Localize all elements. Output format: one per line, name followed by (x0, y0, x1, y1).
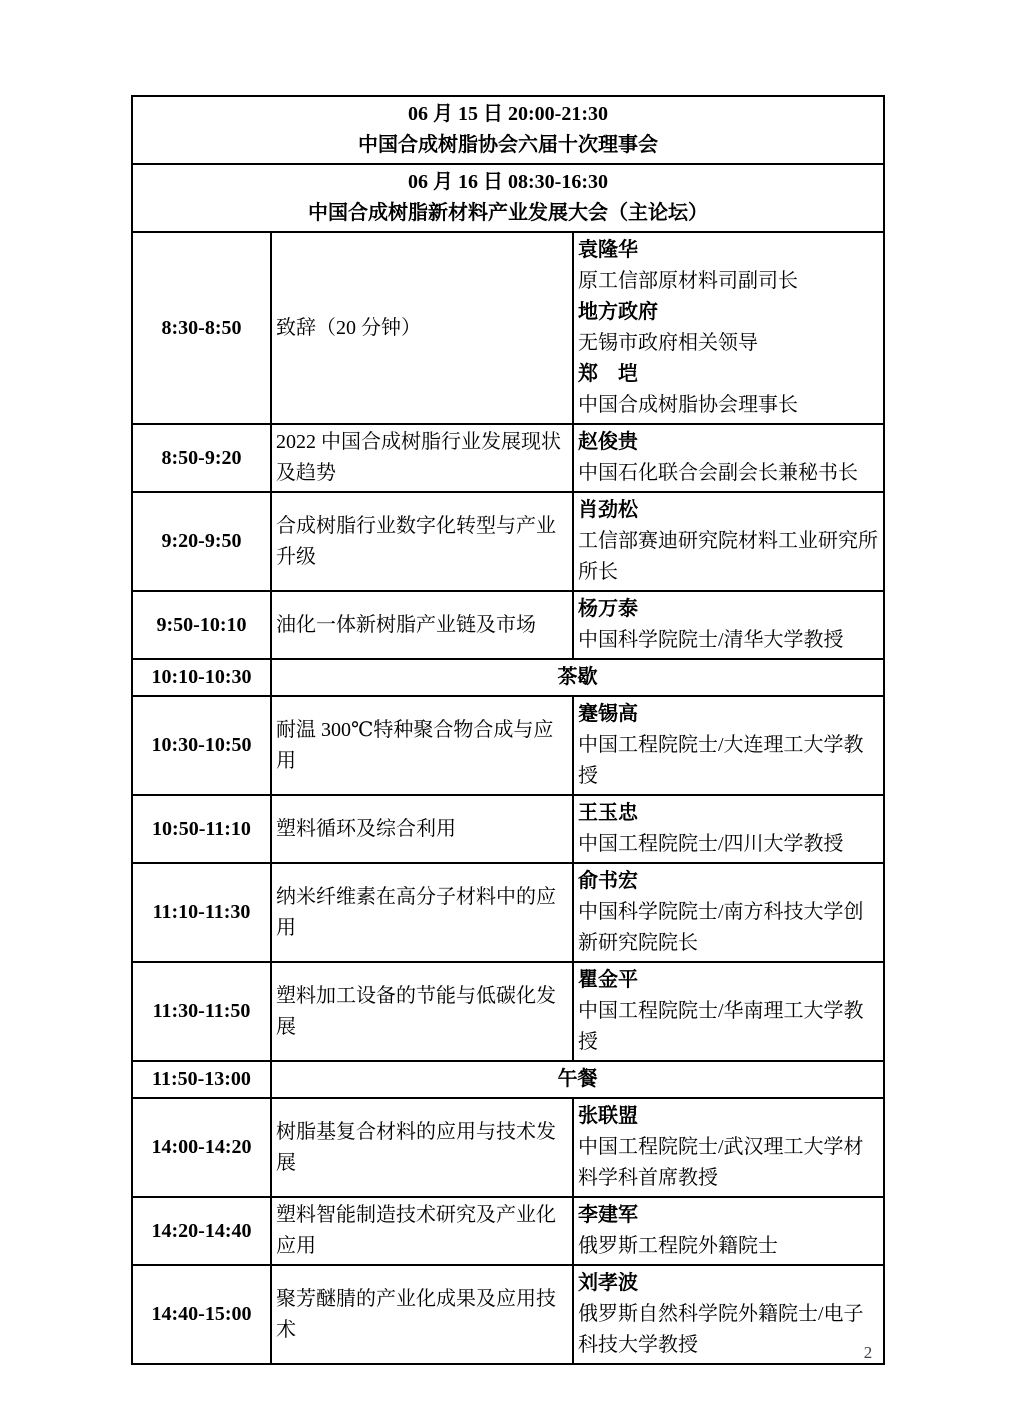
time-cell: 8:30-8:50 (132, 232, 271, 424)
speaker-title: 工信部赛迪研究院材料工业研究所所长 (578, 526, 879, 588)
header-datetime: 06 月 15 日 20:00-21:30 (137, 99, 879, 130)
speaker-cell: 刘孝波俄罗斯自然科学院外籍院士/电子科技大学教授 (573, 1265, 884, 1364)
speaker-title: 中国工程院院士/华南理工大学教授 (578, 996, 879, 1058)
time-cell: 14:00-14:20 (132, 1098, 271, 1197)
header-title: 中国合成树脂新材料产业发展大会（主论坛） (137, 198, 879, 229)
agenda-header-row: 06 月 16 日 08:30-16:30中国合成树脂新材料产业发展大会（主论坛… (132, 164, 884, 232)
agenda-header-cell: 06 月 15 日 20:00-21:30中国合成树脂协会六届十次理事会 (132, 96, 884, 164)
speaker-name: 袁隆华 (578, 235, 879, 266)
break-label-cell: 茶歇 (271, 659, 884, 696)
time-cell: 8:50-9:20 (132, 424, 271, 492)
speaker-title: 中国石化联合会副会长兼秘书长 (578, 458, 879, 489)
time-cell: 10:50-11:10 (132, 795, 271, 863)
session-row: 11:30-11:50塑料加工设备的节能与低碳化发展瞿金平中国工程院院士/华南理… (132, 962, 884, 1061)
break-row: 10:10-10:30茶歇 (132, 659, 884, 696)
agenda-table-body: 06 月 15 日 20:00-21:30中国合成树脂协会六届十次理事会06 月… (132, 96, 884, 1364)
session-row: 11:10-11:30纳米纤维素在高分子材料中的应用俞书宏中国科学院院士/南方科… (132, 863, 884, 962)
speaker-cell: 蹇锡高中国工程院院士/大连理工大学教授 (573, 696, 884, 795)
break-row: 11:50-13:00午餐 (132, 1061, 884, 1098)
header-title: 中国合成树脂协会六届十次理事会 (137, 130, 879, 161)
speaker-name: 郑 垲 (578, 359, 879, 390)
speaker-name: 李建军 (578, 1200, 879, 1231)
speaker-title: 中国工程院院士/武汉理工大学材料学科首席教授 (578, 1132, 879, 1194)
topic-cell: 聚芳醚腈的产业化成果及应用技术 (271, 1265, 573, 1364)
speaker-title: 中国工程院院士/大连理工大学教授 (578, 730, 879, 792)
speaker-name: 地方政府 (578, 297, 879, 328)
speaker-title: 原工信部原材料司副司长 (578, 266, 879, 297)
speaker-cell: 袁隆华原工信部原材料司副司长地方政府无锡市政府相关领导郑 垲中国合成树脂协会理事… (573, 232, 884, 424)
document-page: 06 月 15 日 20:00-21:30中国合成树脂协会六届十次理事会06 月… (0, 0, 1015, 1409)
speaker-title: 无锡市政府相关领导 (578, 328, 879, 359)
speaker-name: 杨万泰 (578, 594, 879, 625)
time-cell: 9:20-9:50 (132, 492, 271, 591)
session-row: 10:30-10:50耐温 300℃特种聚合物合成与应用蹇锡高中国工程院院士/大… (132, 696, 884, 795)
time-cell: 10:30-10:50 (132, 696, 271, 795)
topic-cell: 2022 中国合成树脂行业发展现状及趋势 (271, 424, 573, 492)
speaker-name: 王玉忠 (578, 798, 879, 829)
topic-cell: 塑料循环及综合利用 (271, 795, 573, 863)
page-number: 2 (853, 1343, 883, 1363)
break-label-cell: 午餐 (271, 1061, 884, 1098)
agenda-table: 06 月 15 日 20:00-21:30中国合成树脂协会六届十次理事会06 月… (131, 95, 885, 1365)
topic-cell: 树脂基复合材料的应用与技术发展 (271, 1098, 573, 1197)
agenda-header-row: 06 月 15 日 20:00-21:30中国合成树脂协会六届十次理事会 (132, 96, 884, 164)
speaker-name: 蹇锡高 (578, 699, 879, 730)
session-row: 8:50-9:202022 中国合成树脂行业发展现状及趋势赵俊贵中国石化联合会副… (132, 424, 884, 492)
speaker-cell: 赵俊贵中国石化联合会副会长兼秘书长 (573, 424, 884, 492)
time-cell: 14:20-14:40 (132, 1197, 271, 1265)
session-row: 10:50-11:10塑料循环及综合利用王玉忠中国工程院院士/四川大学教授 (132, 795, 884, 863)
speaker-cell: 王玉忠中国工程院院士/四川大学教授 (573, 795, 884, 863)
topic-cell: 耐温 300℃特种聚合物合成与应用 (271, 696, 573, 795)
speaker-cell: 杨万泰中国科学院院士/清华大学教授 (573, 591, 884, 659)
topic-cell: 油化一体新树脂产业链及市场 (271, 591, 573, 659)
topic-cell: 纳米纤维素在高分子材料中的应用 (271, 863, 573, 962)
time-cell: 10:10-10:30 (132, 659, 271, 696)
speaker-name: 肖劲松 (578, 495, 879, 526)
speaker-name: 张联盟 (578, 1101, 879, 1132)
session-row: 8:30-8:50致辞（20 分钟）袁隆华原工信部原材料司副司长地方政府无锡市政… (132, 232, 884, 424)
time-cell: 9:50-10:10 (132, 591, 271, 659)
speaker-cell: 俞书宏中国科学院院士/南方科技大学创新研究院院长 (573, 863, 884, 962)
topic-cell: 致辞（20 分钟） (271, 232, 573, 424)
break-label: 茶歇 (558, 666, 598, 688)
topic-cell: 塑料智能制造技术研究及产业化应用 (271, 1197, 573, 1265)
session-row: 14:00-14:20树脂基复合材料的应用与技术发展张联盟中国工程院院士/武汉理… (132, 1098, 884, 1197)
speaker-name: 刘孝波 (578, 1268, 879, 1299)
speaker-title: 俄罗斯自然科学院外籍院士/电子科技大学教授 (578, 1299, 879, 1361)
speaker-title: 中国科学院院士/清华大学教授 (578, 625, 879, 656)
speaker-cell: 肖劲松工信部赛迪研究院材料工业研究所所长 (573, 492, 884, 591)
speaker-name: 瞿金平 (578, 965, 879, 996)
time-cell: 11:10-11:30 (132, 863, 271, 962)
time-cell: 11:50-13:00 (132, 1061, 271, 1098)
session-row: 14:20-14:40塑料智能制造技术研究及产业化应用李建军俄罗斯工程院外籍院士 (132, 1197, 884, 1265)
header-datetime: 06 月 16 日 08:30-16:30 (137, 167, 879, 198)
agenda-header-cell: 06 月 16 日 08:30-16:30中国合成树脂新材料产业发展大会（主论坛… (132, 164, 884, 232)
speaker-title: 中国科学院院士/南方科技大学创新研究院院长 (578, 897, 879, 959)
break-label: 午餐 (558, 1068, 598, 1090)
topic-cell: 合成树脂行业数字化转型与产业升级 (271, 492, 573, 591)
time-cell: 11:30-11:50 (132, 962, 271, 1061)
speaker-title: 俄罗斯工程院外籍院士 (578, 1231, 879, 1262)
speaker-name: 俞书宏 (578, 866, 879, 897)
time-cell: 14:40-15:00 (132, 1265, 271, 1364)
topic-cell: 塑料加工设备的节能与低碳化发展 (271, 962, 573, 1061)
speaker-cell: 张联盟中国工程院院士/武汉理工大学材料学科首席教授 (573, 1098, 884, 1197)
speaker-title: 中国合成树脂协会理事长 (578, 390, 879, 421)
speaker-name: 赵俊贵 (578, 427, 879, 458)
session-row: 9:50-10:10油化一体新树脂产业链及市场杨万泰中国科学院院士/清华大学教授 (132, 591, 884, 659)
speaker-title: 中国工程院院士/四川大学教授 (578, 829, 879, 860)
speaker-cell: 瞿金平中国工程院院士/华南理工大学教授 (573, 962, 884, 1061)
speaker-cell: 李建军俄罗斯工程院外籍院士 (573, 1197, 884, 1265)
session-row: 9:20-9:50合成树脂行业数字化转型与产业升级肖劲松工信部赛迪研究院材料工业… (132, 492, 884, 591)
session-row: 14:40-15:00聚芳醚腈的产业化成果及应用技术刘孝波俄罗斯自然科学院外籍院… (132, 1265, 884, 1364)
